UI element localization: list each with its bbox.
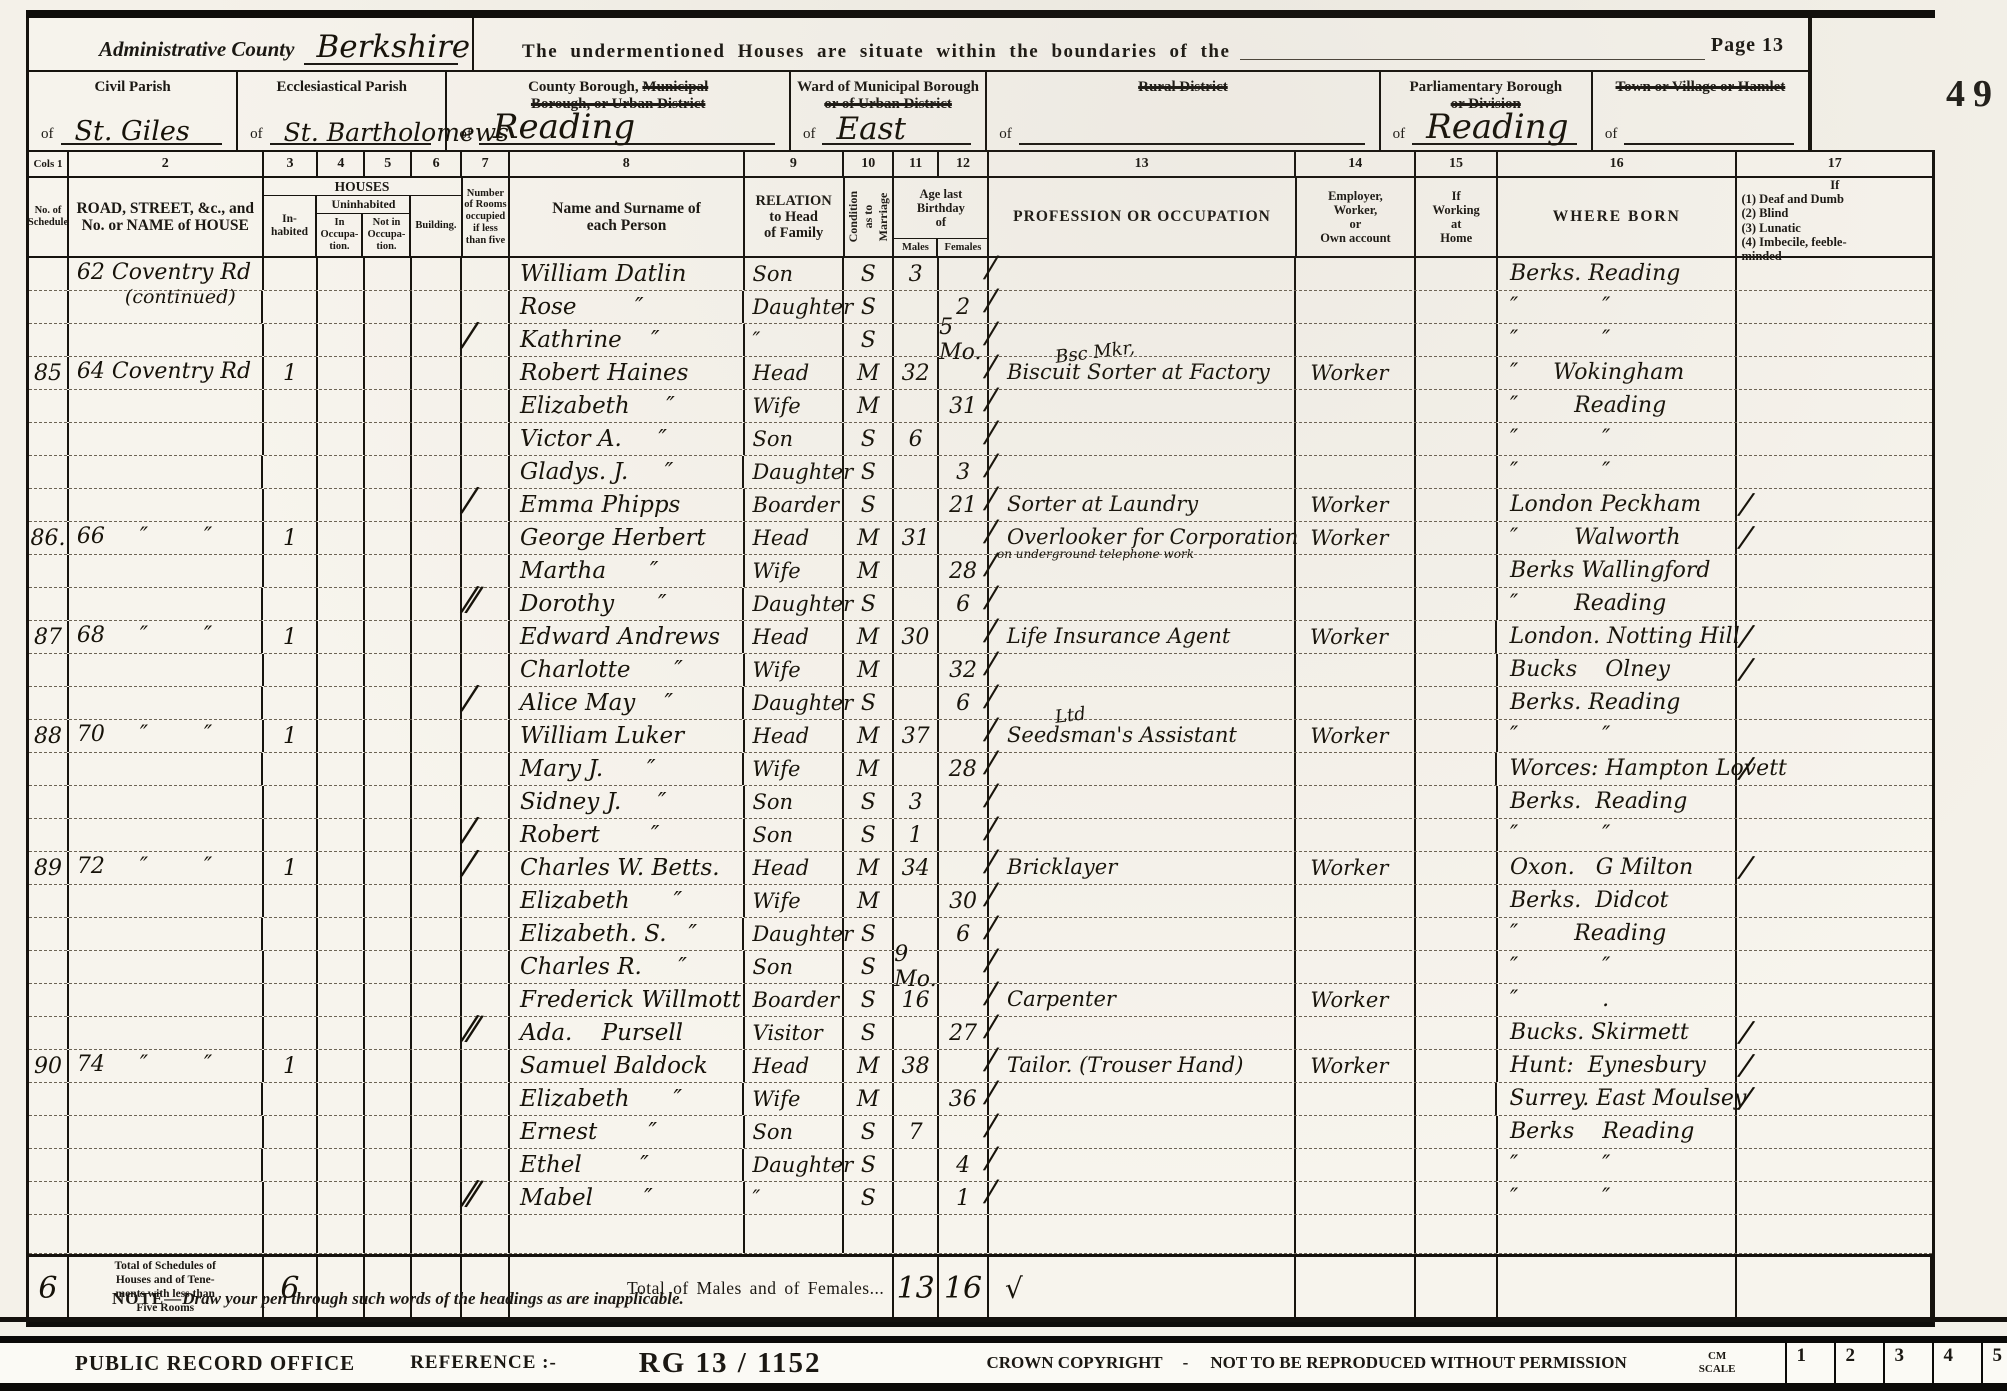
working-at-home-cell: [1416, 1050, 1498, 1082]
reference-value: RG 13 / 1152: [639, 1343, 822, 1383]
folio-stamp: 49: [1946, 72, 2000, 116]
profession-cell: ∕: [989, 456, 1296, 488]
where-born: Berks Wallingford: [1498, 555, 1738, 587]
profession-slash-mark: ∕: [985, 814, 997, 845]
parish-value-underline: East: [822, 109, 971, 145]
column-number: 15: [1416, 152, 1498, 176]
age-male: [894, 390, 939, 422]
empty-cell: [745, 1215, 845, 1253]
rooms-tick-mark: ∕∕: [462, 1011, 474, 1046]
houses-inhabited-mark: [264, 1116, 319, 1148]
marriage-condition: M: [844, 753, 894, 785]
profession-cell: ∕: [989, 423, 1296, 455]
person-name: Ada. Pursell: [510, 1017, 745, 1049]
marriage-condition: S: [844, 588, 894, 620]
uninhabited-not-occupation-cell: [365, 1182, 412, 1214]
person-name: Sidney J. ″: [510, 786, 745, 818]
profession-slash-mark: ∕: [985, 781, 997, 812]
empty-cell: [365, 1215, 412, 1253]
of-label: of: [1605, 126, 1618, 145]
profession-cell: ∕: [989, 291, 1296, 323]
header-in-occupation: In Occupa- tion.: [317, 214, 363, 256]
uninhabited-in-occupation-cell: [318, 390, 365, 422]
age-female: [939, 1116, 989, 1148]
infirmity-cell: [1737, 1182, 1932, 1214]
rooms-under-five-cell: ∕: [462, 852, 510, 884]
table-row: Frederick WillmottBoarderS16∕CarpenterWo…: [29, 984, 1932, 1017]
person-name: Charles W. Betts.: [510, 852, 745, 884]
person-name: Ethel ″: [510, 1149, 744, 1181]
building-cell: [412, 1050, 462, 1082]
empty-cell: [462, 1215, 510, 1253]
age-male: [894, 588, 939, 620]
where-born: Bucks. Skirmett: [1498, 1017, 1738, 1049]
person-name: Alice May ″: [510, 687, 744, 719]
table-row: 8768 ″ ″1Edward AndrewsHeadM30∕Life Insu…: [29, 621, 1932, 654]
column-number: 7: [462, 152, 510, 176]
working-at-home-cell: [1416, 291, 1498, 323]
age-female: 28: [939, 555, 989, 587]
marriage-condition: M: [844, 1050, 894, 1082]
cm-label: CM: [1708, 1350, 1726, 1363]
marriage-condition: S: [844, 819, 894, 851]
schedule-number: [29, 687, 69, 719]
person-name: Kathrine ″: [510, 324, 745, 356]
table-row: Elizabeth. S. ″DaughterS6∕″ Reading: [29, 918, 1932, 951]
address: [69, 1149, 264, 1181]
employment-status: [1296, 588, 1416, 620]
profession-cell: ∕: [989, 819, 1296, 851]
where-born-tick-mark: ∕: [1739, 618, 1754, 654]
reproduction-notice: NOT TO BE REPRODUCED WITHOUT PERMISSION: [1210, 1343, 1626, 1383]
census-form: Administrative County Berkshire The unde…: [26, 10, 1935, 1327]
of-label: of: [999, 126, 1012, 145]
marriage-condition: S: [844, 456, 894, 488]
profession-cell: ∕: [989, 1149, 1296, 1181]
working-at-home-cell: [1416, 951, 1498, 983]
empty-cell: [1296, 1215, 1416, 1253]
infirmity-cell: [1737, 291, 1932, 323]
parish-value-underline: [1624, 109, 1794, 145]
totals-empty-cell: [318, 1257, 365, 1319]
table-row: Ethel ″DaughterS4∕″ ″: [29, 1149, 1932, 1182]
address: [69, 324, 264, 356]
parish-value-underline: [1019, 109, 1365, 145]
profession-text: Overlooker for Corporation: [1007, 525, 1298, 549]
profession-slash-mark: ∕: [985, 847, 997, 878]
age-male: 6: [894, 423, 939, 455]
employment-status: [1296, 258, 1416, 290]
profession-slash-mark: ∕: [985, 418, 997, 449]
employment-status: Worker: [1296, 852, 1416, 884]
person-name: Elizabeth ″: [510, 390, 745, 422]
table-row: 8972 ″ ″1∕Charles W. Betts.HeadM34∕Brick…: [29, 852, 1932, 885]
age-male: [894, 1017, 939, 1049]
rooms-tick-mark: ∕∕: [462, 1176, 474, 1211]
schedule-number: [29, 1149, 69, 1181]
houses-inhabited-mark: 1: [263, 621, 318, 653]
profession-slash-mark: ∕: [985, 319, 997, 350]
working-at-home-cell: [1416, 1116, 1498, 1148]
relation-to-head: ″: [745, 324, 845, 356]
relation-to-head: Boarder: [745, 984, 845, 1016]
schedules-total-label: Total of Schedules ofHouses and of Tene-…: [69, 1257, 264, 1319]
uninhabited-in-occupation-cell: [318, 1182, 365, 1214]
person-name: Mary J. ″: [510, 753, 744, 785]
employment-status: [1296, 1182, 1416, 1214]
address: [69, 588, 264, 620]
age-female: [939, 852, 989, 884]
uninhabited-in-occupation-cell: [318, 720, 365, 752]
profession-cell: ∕: [989, 951, 1296, 983]
parish-box: Civil ParishofSt. Giles: [29, 72, 238, 150]
where-born: Bucks Olney: [1498, 654, 1738, 686]
relation-to-head: Son: [745, 786, 845, 818]
marriage-condition: M: [844, 522, 894, 554]
table-row: Elizabeth ″WifeM31∕″ Reading: [29, 390, 1932, 423]
profession-cell: ∕: [989, 1083, 1296, 1115]
building-cell: [412, 522, 462, 554]
uninhabited-in-occupation-cell: [318, 423, 365, 455]
administrative-county-label: Administrative County: [99, 37, 294, 65]
age-male: 32: [894, 357, 939, 389]
table-row: Sidney J. ″SonS3∕Berks. Reading: [29, 786, 1932, 819]
empty-cell: [412, 1215, 462, 1253]
profession-cell: ∕: [989, 324, 1296, 356]
employment-status: [1296, 885, 1416, 917]
page-number: Page 13: [1711, 34, 1784, 63]
empty-cell: [844, 1215, 894, 1253]
where-born: ″ .: [1498, 984, 1738, 1016]
address: [69, 918, 264, 950]
uninhabited-not-occupation-cell: [365, 654, 412, 686]
column-number: 10: [844, 152, 894, 176]
employment-status: [1296, 654, 1416, 686]
houses-inhabited-mark: [264, 885, 319, 917]
uninhabited-not-occupation-cell: [365, 1149, 412, 1181]
table-row: Elizabeth ″WifeM36∕Surrey. East Moulsey∕: [29, 1083, 1932, 1116]
houses-inhabited-mark: [264, 258, 319, 290]
employment-status: [1296, 918, 1416, 950]
table-row: 86.66 ″ ″1George HerbertHeadM31∕Overlook…: [29, 522, 1932, 555]
administrative-county-band: Administrative County Berkshire The unde…: [29, 18, 1808, 70]
age-male: [894, 1182, 939, 1214]
marriage-condition: S: [844, 489, 894, 521]
totals-empty-cell: [1296, 1257, 1416, 1319]
schedule-number: 86.: [29, 522, 69, 554]
empty-cell: [939, 1215, 989, 1253]
building-cell: [412, 456, 462, 488]
uninhabited-not-occupation-cell: [365, 786, 412, 818]
building-cell: [412, 390, 462, 422]
header-bands: Administrative County Berkshire The unde…: [26, 18, 1812, 150]
working-at-home-cell: [1416, 1017, 1498, 1049]
header-rooms: Number of Rooms occupied if less than fi…: [463, 178, 511, 256]
age-male: [894, 324, 939, 356]
working-at-home-cell: [1416, 522, 1498, 554]
person-name: Elizabeth. S. ″: [510, 918, 744, 950]
working-at-home-cell: [1416, 621, 1498, 653]
uninhabited-in-occupation-cell: [318, 456, 365, 488]
marriage-condition: M: [844, 390, 894, 422]
infirmity-cell: [1737, 423, 1932, 455]
where-born: ″ Reading: [1498, 918, 1737, 950]
working-at-home-cell: [1416, 819, 1498, 851]
parish-boxes-band: Civil ParishofSt. GilesEcclesiastical Pa…: [29, 70, 1808, 150]
profession-slash-mark: ∕: [985, 1177, 997, 1208]
cm-ruler: 123456: [1785, 1343, 2007, 1383]
employment-status: [1296, 324, 1416, 356]
profession-cell: ∕Life Insurance Agent: [989, 621, 1296, 653]
uninhabited-in-occupation-cell: [318, 951, 365, 983]
column-number: 12: [939, 152, 989, 176]
where-born: ″ ″: [1498, 324, 1738, 356]
marriage-condition: S: [844, 1182, 894, 1214]
totals-check-mark: √: [989, 1272, 1023, 1305]
age-male: 9 Mo.: [894, 951, 939, 983]
marriage-condition: S: [844, 918, 894, 950]
relation-to-head: Head: [745, 852, 845, 884]
rooms-under-five-cell: ∕∕: [462, 588, 510, 620]
profession-cell: ∕Biscuit Sorter at FactoryBsc Mkr,: [989, 357, 1296, 389]
age-female: 21: [939, 489, 989, 521]
person-name: Charlotte ″: [510, 654, 745, 686]
working-at-home-cell: [1416, 390, 1498, 422]
where-born: London. Notting Hill: [1497, 621, 1737, 653]
parish-title-segment: Ward of Municipal Borough: [797, 79, 979, 95]
infirmity-cell: [1737, 588, 1932, 620]
parish-title-segment: County Borough,: [528, 79, 642, 95]
parish-title-line: Civil Parish: [29, 79, 236, 96]
relation-to-head: Son: [745, 258, 845, 290]
empty-cell: [69, 1215, 264, 1253]
age-female: [939, 621, 989, 653]
rooms-under-five-cell: [462, 258, 510, 290]
copyright-separator: -: [1183, 1343, 1189, 1383]
address: [69, 687, 264, 719]
parish-of-line: ofReading: [1393, 109, 1577, 145]
profession-slash-mark: ∕: [985, 286, 997, 317]
infirmity-cell: ∕: [1737, 753, 1932, 785]
marriage-condition: S: [844, 423, 894, 455]
marriage-condition: S: [844, 786, 894, 818]
building-cell: [412, 291, 462, 323]
address: [69, 984, 264, 1016]
header-employer-worker: Employer, Worker, or Own account: [1297, 178, 1417, 256]
building-cell: [412, 588, 462, 620]
infirmity-cell: [1737, 786, 1932, 818]
rooms-tick-mark: ∕: [462, 317, 477, 352]
address: 62 Coventry Rd(continued): [69, 258, 264, 290]
empty-cell: [989, 1215, 1296, 1253]
employment-status: [1296, 951, 1416, 983]
person-name: Robert ″: [510, 819, 745, 851]
header-where-born: WHERE BORN: [1498, 178, 1737, 256]
age-male: 37: [894, 720, 939, 752]
age-male: [894, 1083, 939, 1115]
working-at-home-cell: [1416, 555, 1498, 587]
profession-slash-mark: ∕: [985, 385, 997, 416]
table-row: Charlotte ″WifeM32∕Bucks Olney∕: [29, 654, 1932, 687]
person-name: Frederick Willmott: [510, 984, 745, 1016]
where-born: Worces: Hampton Lovett: [1497, 753, 1737, 785]
header-inhabited: In- habited: [264, 196, 318, 256]
where-born: ″ ″: [1498, 423, 1738, 455]
where-born-tick-mark: ∕: [1739, 1080, 1754, 1116]
header-name-surname: Name and Surname of each Person: [510, 178, 744, 256]
profession-slash-mark: ∕: [985, 1078, 997, 1109]
profession-text: Life Insurance Agent: [1007, 624, 1231, 648]
profession-slash-mark: ∕: [985, 913, 997, 944]
houses-inhabited-mark: [263, 753, 318, 785]
parish-value: Reading: [1426, 107, 1568, 147]
uninhabited-in-occupation-cell: [318, 819, 365, 851]
building-cell: [412, 1182, 462, 1214]
age-female: [939, 819, 989, 851]
working-at-home-cell: [1416, 984, 1498, 1016]
rooms-under-five-cell: [462, 1050, 510, 1082]
houses-inhabited-mark: [264, 951, 319, 983]
building-cell: [412, 687, 462, 719]
marriage-condition: M: [844, 885, 894, 917]
relation-to-head: Daughter: [744, 687, 844, 719]
parish-value: East: [836, 111, 905, 147]
empty-cell: [29, 1215, 69, 1253]
where-born: ″ ″: [1498, 1149, 1737, 1181]
working-at-home-cell: [1416, 324, 1498, 356]
relation-to-head: Visitor: [745, 1017, 845, 1049]
person-name: Mabel ″: [510, 1182, 745, 1214]
building-cell: [412, 258, 462, 290]
of-label: of: [803, 126, 816, 145]
infirmity-cell: ∕: [1737, 522, 1932, 554]
uninhabited-in-occupation-cell: [318, 1083, 365, 1115]
address-continued-text: (continued): [125, 282, 236, 312]
relation-to-head: Daughter: [744, 456, 844, 488]
rooms-under-five-cell: [462, 390, 510, 422]
relation-to-head: Son: [745, 423, 845, 455]
working-at-home-cell: [1416, 258, 1498, 290]
rooms-under-five-cell: ∕: [462, 324, 510, 356]
address: [69, 819, 264, 851]
rooms-under-five-cell: [462, 918, 510, 950]
parish-box-title: Ecclesiastical Parish: [238, 79, 445, 96]
houses-inhabited-mark: [264, 654, 319, 686]
rooms-under-five-cell: [462, 885, 510, 917]
uninhabited-in-occupation-cell: [318, 654, 365, 686]
person-name: Samuel Baldock: [510, 1050, 745, 1082]
address: 74 ″ ″: [69, 1050, 264, 1082]
profession-slash-mark: ∕: [985, 682, 997, 713]
header-road-street: ROAD, STREET, &c., and No. or NAME of HO…: [69, 178, 264, 256]
houses-inhabited-mark: [263, 1083, 318, 1115]
working-at-home-cell: [1416, 456, 1498, 488]
rooms-under-five-cell: [462, 1116, 510, 1148]
uninhabited-in-occupation-cell: [318, 258, 365, 290]
houses-inhabited-mark: [264, 984, 319, 1016]
parish-box: Rural Districtof: [987, 72, 1380, 150]
marriage-condition: M: [844, 654, 894, 686]
employment-status: [1296, 555, 1416, 587]
header-not-in-occupation: Not in Occupa- tion.: [363, 214, 409, 256]
building-cell: [412, 423, 462, 455]
header-infirmities: If(1) Deaf and Dumb(2) Blind(3) Lunatic(…: [1737, 178, 1932, 256]
inhabited-total: 6: [264, 1257, 319, 1319]
uninhabited-not-occupation-cell: [365, 390, 412, 422]
profession-cell: ∕: [989, 687, 1296, 719]
uninhabited-not-occupation-cell: [365, 687, 412, 719]
age-male: [894, 291, 939, 323]
age-female: [939, 951, 989, 983]
profession-slash-mark: ∕: [985, 1045, 997, 1076]
uninhabited-not-occupation-cell: [365, 621, 412, 653]
age-female: 28: [939, 753, 989, 785]
schedule-number: [29, 291, 69, 323]
header-infirmities-item: (1) Deaf and Dumb: [1741, 192, 1843, 206]
uninhabited-in-occupation-cell: [318, 588, 365, 620]
schedule-number: [29, 555, 69, 587]
of-label: of: [459, 126, 472, 145]
profession-cell: ∕Bricklayer: [989, 852, 1296, 884]
marriage-condition: M: [844, 357, 894, 389]
profession-text: Carpenter: [1007, 987, 1116, 1011]
uninhabited-not-occupation-cell: [365, 1050, 412, 1082]
public-record-office-label: PUBLIC RECORD OFFICE: [75, 1343, 355, 1383]
footnote-label: NOTE—: [112, 1289, 182, 1308]
uninhabited-in-occupation-cell: [318, 918, 365, 950]
table-row: Mary J. ″WifeM28∕Worces: Hampton Lovett∕: [29, 753, 1932, 786]
parish-box: Town or Village or Hamletof: [1593, 72, 1808, 150]
profession-slash-mark: ∕: [985, 253, 997, 284]
building-cell: [412, 753, 462, 785]
schedule-number: [29, 786, 69, 818]
relation-to-head: Daughter: [744, 918, 844, 950]
header-houses-group: HOUSES In- habited Uninhabited In Occupa…: [264, 178, 463, 256]
header-age-last-birthday: Age last Birthday of: [894, 178, 987, 238]
where-born: Berks. Reading: [1498, 687, 1737, 719]
uninhabited-not-occupation-cell: [365, 357, 412, 389]
column-number: 8: [510, 152, 745, 176]
where-born: Surrey. East Moulsey: [1497, 1083, 1737, 1115]
header-infirmities-item: (2) Blind: [1741, 206, 1788, 220]
age-female: 6: [939, 687, 989, 719]
uninhabited-in-occupation-cell: [318, 687, 365, 719]
parish-box-title: Town or Village or Hamlet: [1593, 79, 1808, 96]
parish-value-underline: Reading: [1412, 109, 1577, 145]
parish-title-segment: Municipal: [642, 79, 708, 95]
header-males: Males: [894, 239, 938, 256]
header-houses: HOUSES: [264, 178, 461, 196]
uninhabited-not-occupation-cell: [365, 555, 412, 587]
person-name: William Datlin: [510, 258, 745, 290]
building-cell: [412, 885, 462, 917]
archive-reference-strip: PUBLIC RECORD OFFICE REFERENCE :- RG 13 …: [0, 1336, 2007, 1391]
rooms-under-five-cell: [462, 621, 510, 653]
profession-text: Sorter at Laundry: [1007, 492, 1198, 516]
profession-cell: ∕Tailor. (Trouser Hand): [989, 1050, 1296, 1082]
totals-row: 6Total of Schedules ofHouses and of Tene…: [29, 1254, 1932, 1319]
parish-value-underline: St. Bartholomews: [270, 109, 432, 145]
relation-to-head: Son: [745, 951, 845, 983]
profession-cell: ∕: [989, 885, 1296, 917]
where-born: Berks. Reading: [1498, 786, 1738, 818]
age-male: [894, 456, 939, 488]
relation-to-head: Son: [745, 1116, 845, 1148]
uninhabited-in-occupation-cell: [318, 291, 365, 323]
marriage-condition: M: [844, 555, 894, 587]
person-name: Edward Andrews: [510, 621, 744, 653]
ruler-cm-box: 1: [1785, 1343, 1834, 1383]
